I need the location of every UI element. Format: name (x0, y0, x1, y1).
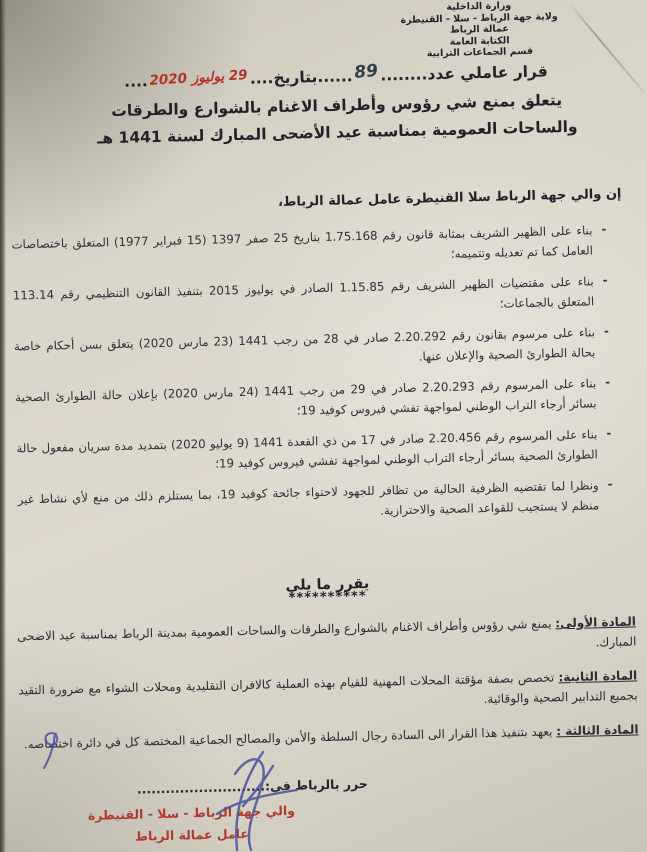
dotted-leader: ...... (317, 67, 353, 86)
preamble-item: - بناء على المرسوم رقم 2.20.293 صادر في … (15, 374, 611, 428)
preamble-text: بناء على مقتضيات الظهير الشريف رقم 1.15.… (13, 272, 595, 325)
decree-title: قرار عاملي عدد........89......بتاريخ....… (61, 57, 612, 154)
dotted-leader: ........ (380, 65, 428, 84)
bullet-dash: - (601, 220, 607, 259)
preamble-text: بناء على الظهير الشريف بمثابة قانون رقم … (11, 221, 593, 274)
bullet-dash: - (606, 424, 612, 463)
article-2-text: تخصص بصفة مؤقتة المحلات المهنية للقيام ب… (18, 670, 638, 706)
dotted-leader: .... (124, 72, 148, 91)
preamble-text: بناء على مرسوم بقانون رقم 2.20.292 صادر … (14, 323, 596, 376)
article-3-label: المادة الثالثة : (556, 722, 639, 738)
article-2-label: المادة الثانية: (558, 668, 637, 684)
preamble-item: - بناء على الظهير الشريف بمثابة قانون رق… (11, 221, 607, 275)
bullet-dash: - (602, 271, 608, 310)
handwritten-decree-date: 29 يوليوز 2020 (147, 62, 251, 96)
preamble-text: بناء على المرسوم رقم 2.20.293 صادر في 29… (15, 374, 597, 427)
article-1-label: المادة الأولى: (555, 614, 636, 630)
decree-date-label: بتاريخ (273, 68, 317, 87)
letterhead: وزارة الداخلية ولاية جهة الرباط - سلا - … (363, 0, 596, 62)
bullet-dash: - (607, 475, 613, 514)
handwritten-ink-mark (34, 728, 68, 772)
document-content: وزارة الداخلية ولاية جهة الرباط - سلا - … (0, 0, 647, 852)
preamble-list: - بناء على الظهير الشريف بمثابة قانون رق… (11, 221, 613, 541)
preamble-text: ونظرا لما تقتضيه الظرفية الحالية من تظاف… (17, 476, 599, 529)
article-1: المادة الأولى: يمنع شي رؤوس وأطراف الاغن… (17, 611, 637, 666)
preamble-item: - بناء على مقتضيات الظهير الشريف رقم 1.1… (13, 272, 609, 326)
scanned-decree-page: وزارة الداخلية ولاية جهة الرباط - سلا - … (0, 0, 647, 852)
dotted-leader: .... (250, 69, 274, 88)
bullet-dash: - (605, 373, 611, 412)
decision-heading: يقرر ما يلي ********** (4, 569, 647, 611)
handwritten-decree-number: 89 (351, 58, 381, 88)
article-2: المادة الثانية: تخصص بصفة مؤقتة المحلات … (18, 665, 638, 720)
preamble-item: - ونظرا لما تقتضيه الظرفية الحالية من تظ… (17, 476, 613, 530)
salutation-line: إن والي جهة الرباط سلا القنيطرة عامل عما… (14, 187, 621, 217)
preamble-item: - بناء على مرسوم بقانون رقم 2.20.292 صاد… (14, 323, 610, 377)
article-3: المادة الثالثة : يعهد بتنفيذ هذا القرار … (19, 719, 638, 754)
decree-title-prefix: قرار عاملي عدد (427, 62, 548, 83)
articles-section: المادة الأولى: يمنع شي رؤوس وأطراف الاغن… (17, 611, 639, 768)
preamble-text: بناء على المرسوم رقم 2.20.456 صادر في 17… (16, 425, 598, 478)
signature-scribble (193, 748, 313, 852)
bullet-dash: - (604, 322, 610, 361)
preamble-item: - بناء على المرسوم رقم 2.20.456 صادر في … (16, 425, 612, 479)
article-1-text: يمنع شي رؤوس وأطراف الاغنام بالشوارع وال… (17, 616, 637, 649)
